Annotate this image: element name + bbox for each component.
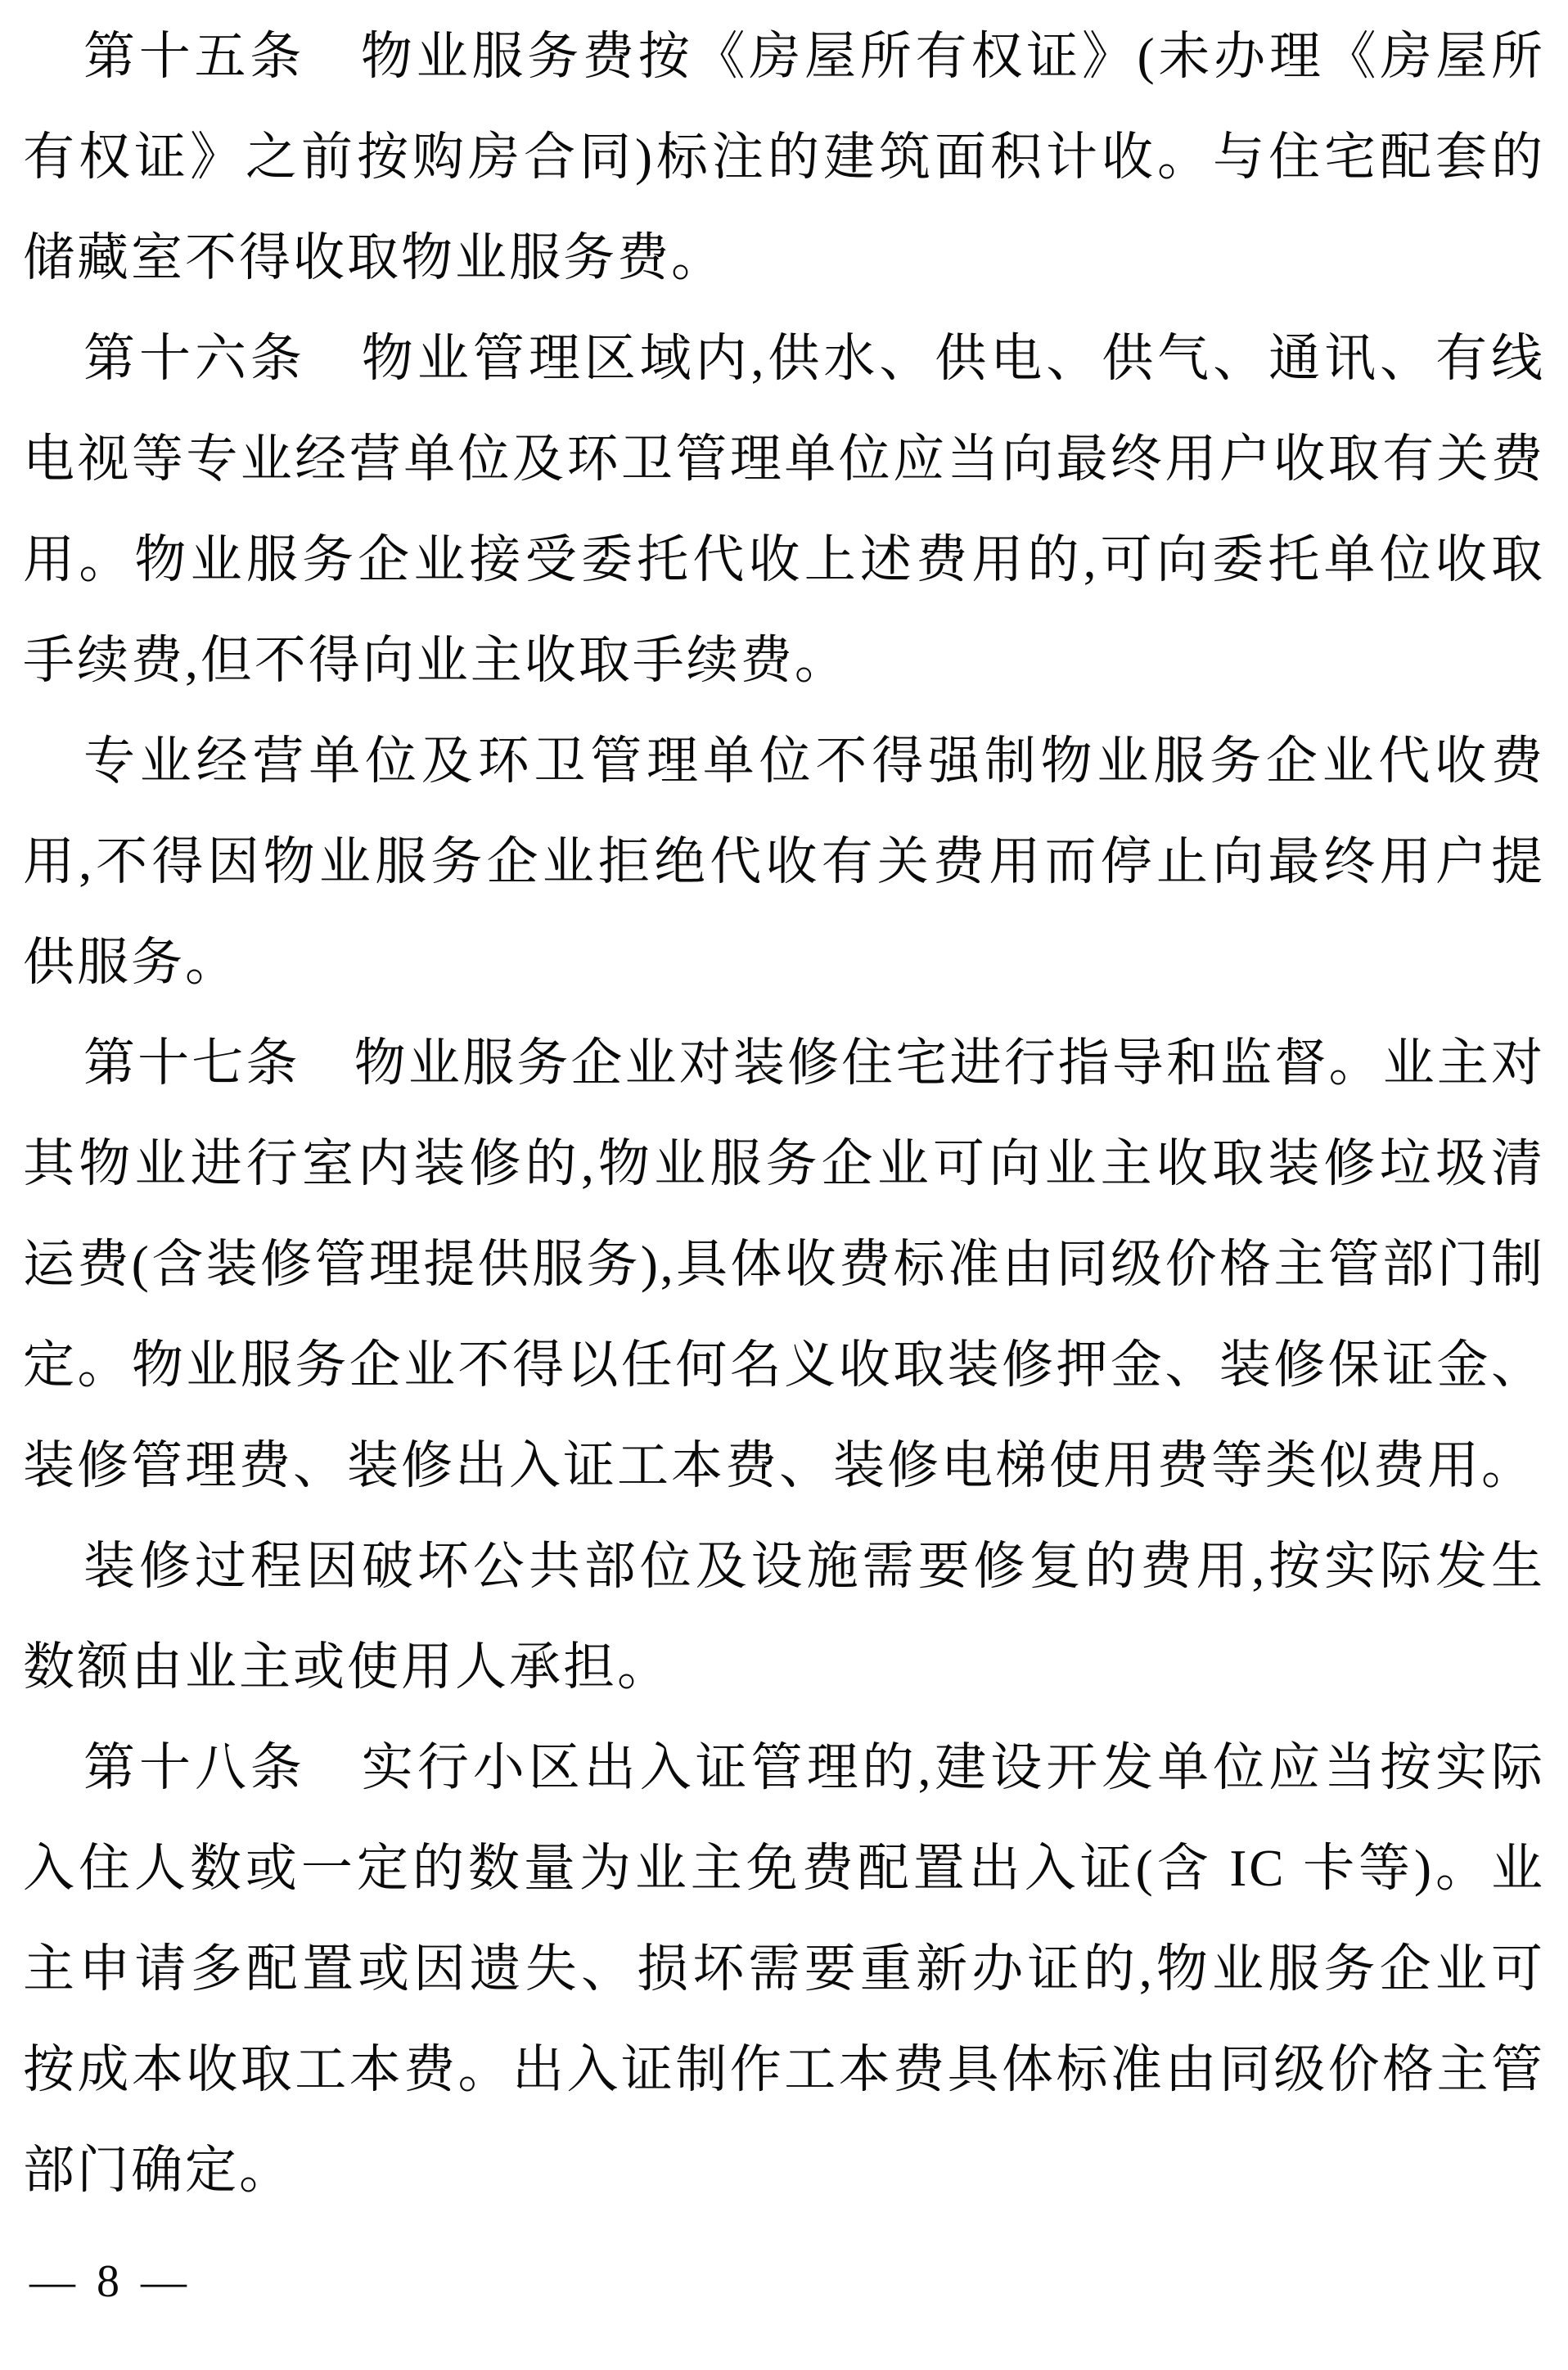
paragraph-article-16: 第十六条 物业管理区域内,供水、供电、供气、通讯、有线电视等专业经营单位及环卫管…: [23, 309, 1545, 711]
document-page: 第十五条 物业服务费按《房屋所有权证》(未办理《房屋所有权证》之前按购房合同)标…: [0, 0, 1568, 2370]
document-body: 第十五条 物业服务费按《房屋所有权证》(未办理《房屋所有权证》之前按购房合同)标…: [23, 7, 1545, 2221]
paragraph-article-17: 第十七条 物业服务企业对装修住宅进行指导和监督。业主对其物业进行室内装修的,物业…: [23, 1013, 1545, 1516]
page-number: — 8 —: [23, 2249, 1545, 2314]
paragraph-article-18: 第十八条 实行小区出入证管理的,建设开发单位应当按实际入住人数或一定的数量为业主…: [23, 1718, 1545, 2221]
paragraph-article-17-cont: 装修过程因破坏公共部位及设施需要修复的费用,按实际发生数额由业主或使用人承担。: [23, 1516, 1545, 1718]
paragraph-article-15: 第十五条 物业服务费按《房屋所有权证》(未办理《房屋所有权证》之前按购房合同)标…: [23, 7, 1545, 309]
paragraph-article-16-cont: 专业经营单位及环卫管理单位不得强制物业服务企业代收费用,不得因物业服务企业拒绝代…: [23, 711, 1545, 1013]
